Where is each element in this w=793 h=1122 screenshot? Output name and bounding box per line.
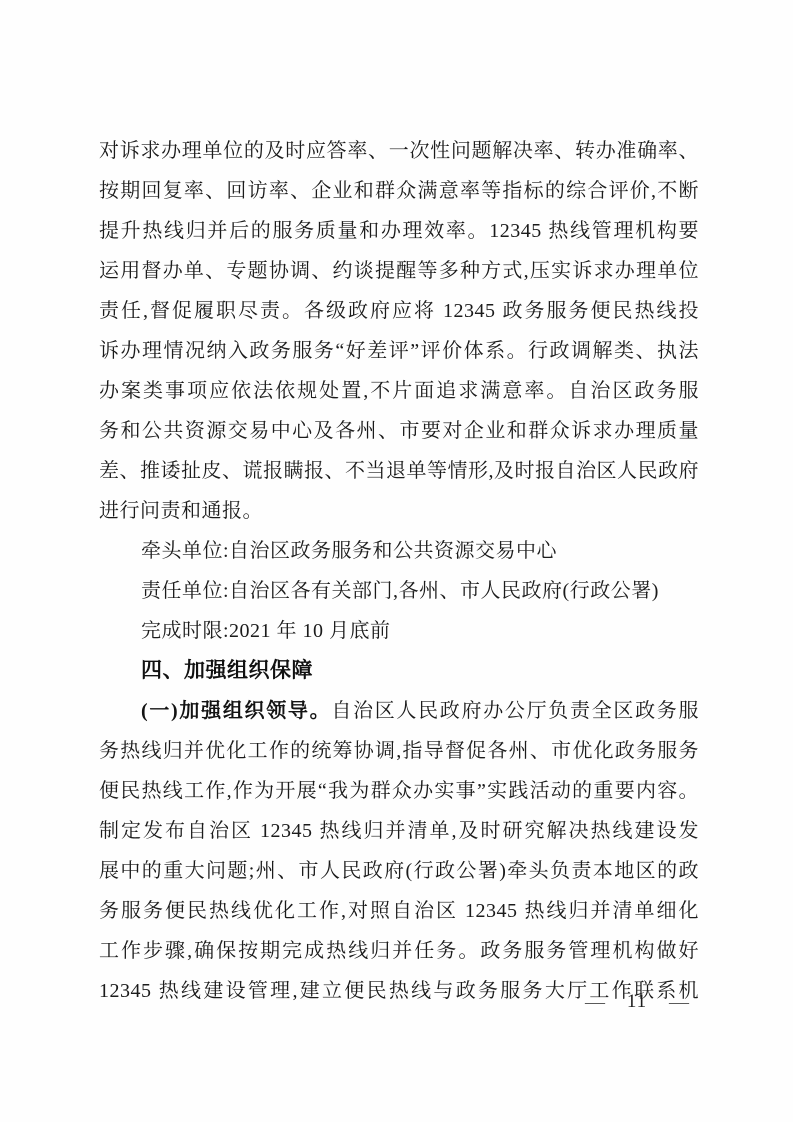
body-line: 务热线归并优化工作的统筹协调,指导督促各州、市优化政务服务 [99, 731, 699, 771]
body-line: 差、推诿扯皮、谎报瞒报、不当退单等情形,及时报自治区人民政府 [99, 451, 699, 491]
subsection-title: (一)加强组织领导。 [141, 700, 331, 722]
paragraph-end-line: 进行问责和通报。 [99, 491, 699, 531]
body-line: 务服务便民热线优化工作,对照自治区 12345 热线归并清单细化 [99, 891, 699, 931]
page-footer: — 11 — [585, 988, 689, 1016]
body-line: 便民热线工作,作为开展“我为群众办实事”实践活动的重要内容。 [99, 771, 699, 811]
section-heading: 四、加强组织保障 [99, 651, 699, 691]
body-line: 办案类事项应依法依规处置,不片面追求满意率。自治区政务服 [99, 371, 699, 411]
body-line: 按期回复率、回访率、企业和群众满意率等指标的综合评价,不断 [99, 171, 699, 211]
responsible-unit-line: 责任单位:自治区各有关部门,各州、市人民政府(行政公署) [99, 571, 699, 611]
body-line: 制定发布自治区 12345 热线归并清单,及时研究解决热线建设发 [99, 811, 699, 851]
subsection-text: 自治区人民政府办公厅负责全区政务服 [331, 700, 699, 722]
body-line: 对诉求办理单位的及时应答率、一次性问题解决率、转办准确率、 [99, 131, 699, 171]
document-page: 对诉求办理单位的及时应答率、一次性问题解决率、转办准确率、 按期回复率、回访率、… [0, 0, 793, 1122]
body-line: 工作步骤,确保按期完成热线归并任务。政务服务管理机构做好 [99, 931, 699, 971]
footer-dash-left: — [585, 988, 605, 1016]
body-line: 责任,督促履职尽责。各级政府应将 12345 政务服务便民热线投 [99, 291, 699, 331]
body-line: 展中的重大问题;州、市人民政府(行政公署)牵头负责本地区的政 [99, 851, 699, 891]
body-line: 诉办理情况纳入政务服务“好差评”评价体系。行政调解类、执法 [99, 331, 699, 371]
footer-dash-right: — [669, 988, 689, 1016]
page-number: 11 [627, 991, 647, 1013]
subsection-lead-line: (一)加强组织领导。自治区人民政府办公厅负责全区政务服 [99, 691, 699, 731]
body-line: 运用督办单、专题协调、约谈提醒等多种方式,压实诉求办理单位 [99, 251, 699, 291]
document-body: 对诉求办理单位的及时应答率、一次性问题解决率、转办准确率、 按期回复率、回访率、… [99, 131, 699, 1011]
lead-unit-line: 牵头单位:自治区政务服务和公共资源交易中心 [99, 531, 699, 571]
body-line: 提升热线归并后的服务质量和办理效率。12345 热线管理机构要 [99, 211, 699, 251]
body-line: 务和公共资源交易中心及各州、市要对企业和群众诉求办理质量 [99, 411, 699, 451]
deadline-line: 完成时限:2021 年 10 月底前 [99, 611, 699, 651]
